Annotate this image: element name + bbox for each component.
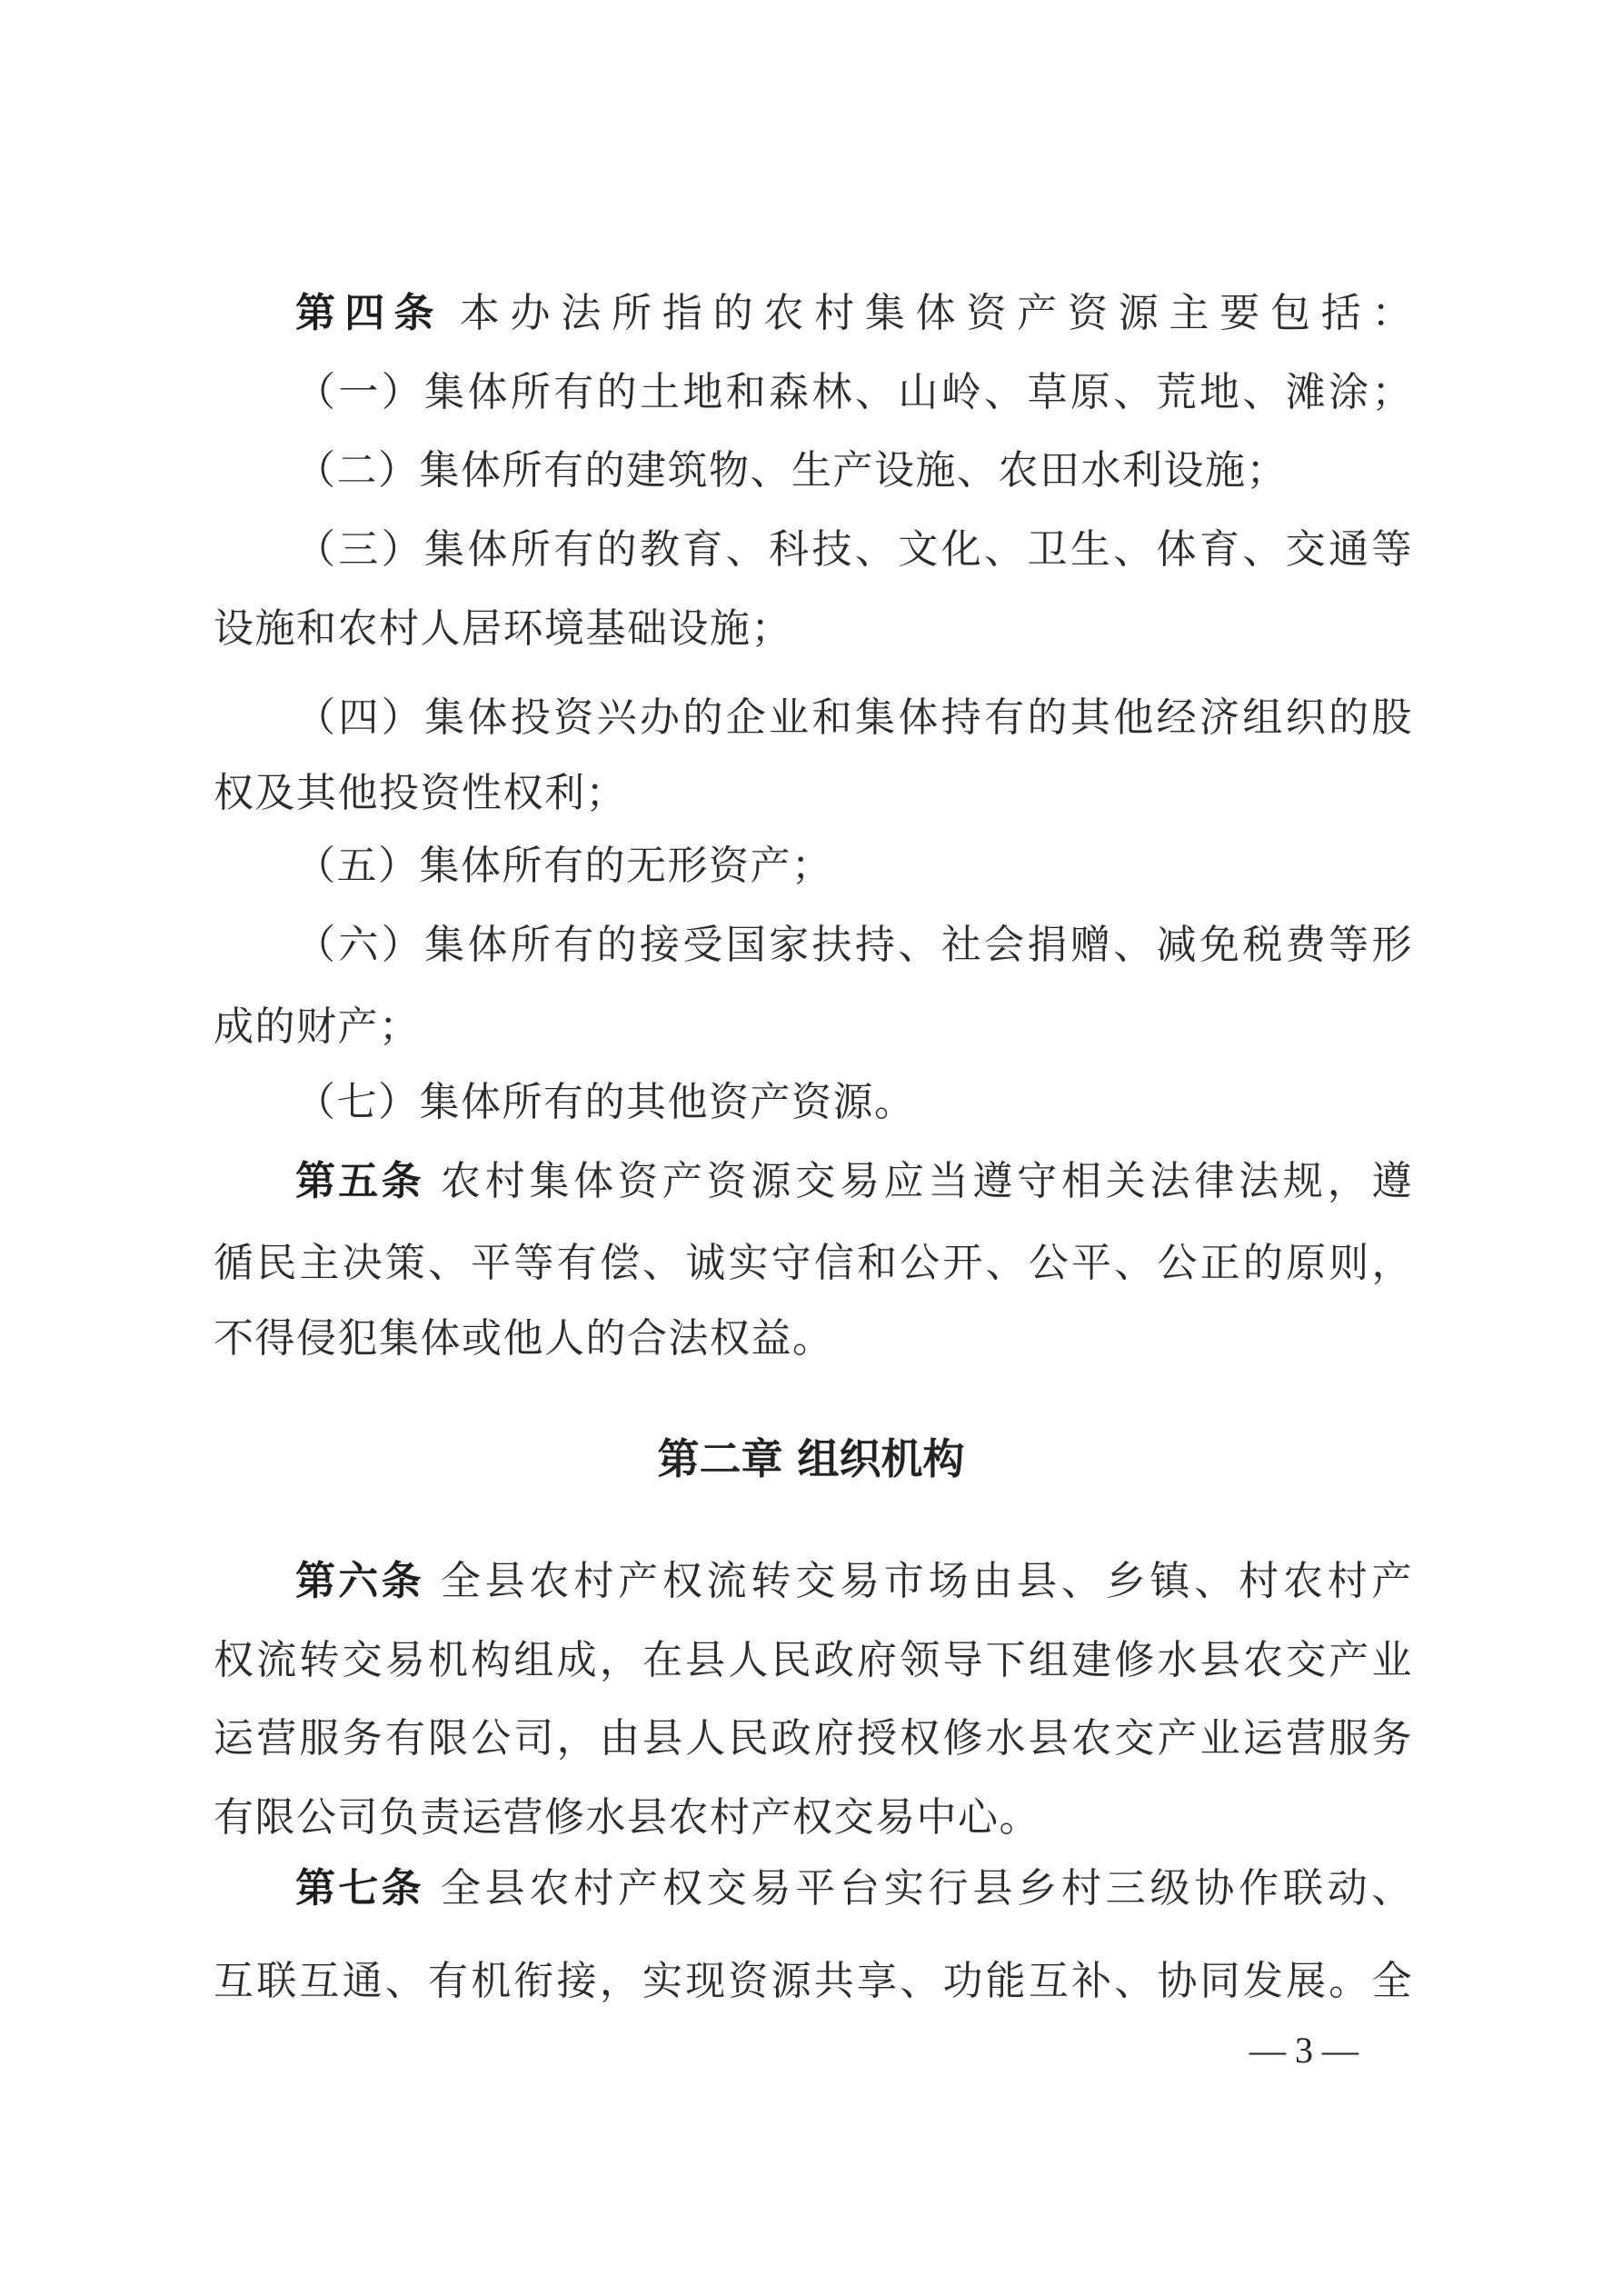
article-6-line-3: 运营服务有限公司，由县人民政府授权修水县农交产业运营服务 bbox=[214, 1712, 1413, 1766]
article-4-item-4-line-2: 权及其他投资性权利； bbox=[214, 766, 1413, 821]
article-6-line-1: 第六条全县农村产权流转交易市场由县、乡镇、村农村产 bbox=[295, 1554, 1413, 1609]
article-5-line-1: 第五条农村集体资产资源交易应当遵守相关法律法规，遵 bbox=[295, 1154, 1413, 1209]
article-7-label: 第七条 bbox=[295, 1865, 424, 1912]
article-5-line-2: 循民主决策、平等有偿、诚实守信和公开、公平、公正的原则， bbox=[214, 1236, 1413, 1291]
article-5-line-3: 不得侵犯集体或他人的合法权益。 bbox=[214, 1312, 1413, 1366]
chapter-number: 第二章 bbox=[657, 1427, 782, 1491]
article-4-item-2: （二）集体所有的建筑物、生产设施、农田水利设施； bbox=[295, 444, 1413, 498]
article-4-item-6-line-1: （六）集体所有的接受国家扶持、社会捐赠、减免税费等形 bbox=[295, 918, 1413, 973]
article-4-item-4-line-1: （四）集体投资兴办的企业和集体持有的其他经济组织的股 bbox=[295, 691, 1413, 745]
article-4-line-1: 第四条本办法所指的农村集体资产资源主要包括： bbox=[295, 286, 1413, 341]
article-7-line-2: 互联互通、有机衔接，实现资源共享、功能互补、协同发展。全 bbox=[214, 1954, 1413, 2009]
article-4-item-1: （一）集体所有的土地和森林、山岭、草原、荒地、滩涂； bbox=[295, 365, 1413, 420]
article-6-text-1: 全县农村产权流转交易市场由县、乡镇、村农村产 bbox=[441, 1558, 1413, 1604]
article-4-text: 本办法所指的农村集体资产资源主要包括： bbox=[460, 290, 1413, 336]
page-number: — 3 — bbox=[1231, 2025, 1377, 2076]
chapter-heading: 第二章 组织机构 bbox=[0, 1427, 1622, 1491]
article-4-label: 第四条 bbox=[295, 290, 443, 336]
article-4-item-6-line-2: 成的财产； bbox=[214, 1000, 1413, 1054]
article-4-item-3-line-2: 设施和农村人居环境基础设施； bbox=[214, 602, 1413, 656]
article-4-item-7: （七）集体所有的其他资产资源。 bbox=[295, 1075, 1413, 1130]
chapter-title: 组织机构 bbox=[798, 1427, 965, 1491]
article-7-text-1: 全县农村产权交易平台实行县乡村三级协作联动、 bbox=[441, 1865, 1413, 1912]
article-6-line-4: 有限公司负责运营修水县农村产权交易中心。 bbox=[214, 1791, 1413, 1845]
article-5-text-1: 农村集体资产资源交易应当遵守相关法律法规，遵 bbox=[441, 1158, 1413, 1204]
article-4-item-5: （五）集体所有的无形资产； bbox=[295, 839, 1413, 893]
article-7-line-1: 第七条全县农村产权交易平台实行县乡村三级协作联动、 bbox=[295, 1862, 1413, 1916]
article-6-line-2: 权流转交易机构组成，在县人民政府领导下组建修水县农交产业 bbox=[214, 1633, 1413, 1688]
article-6-label: 第六条 bbox=[295, 1558, 424, 1604]
article-4-item-3-line-1: （三）集体所有的教育、科技、文化、卫生、体育、交通等 bbox=[295, 523, 1413, 577]
article-5-label: 第五条 bbox=[295, 1158, 424, 1204]
